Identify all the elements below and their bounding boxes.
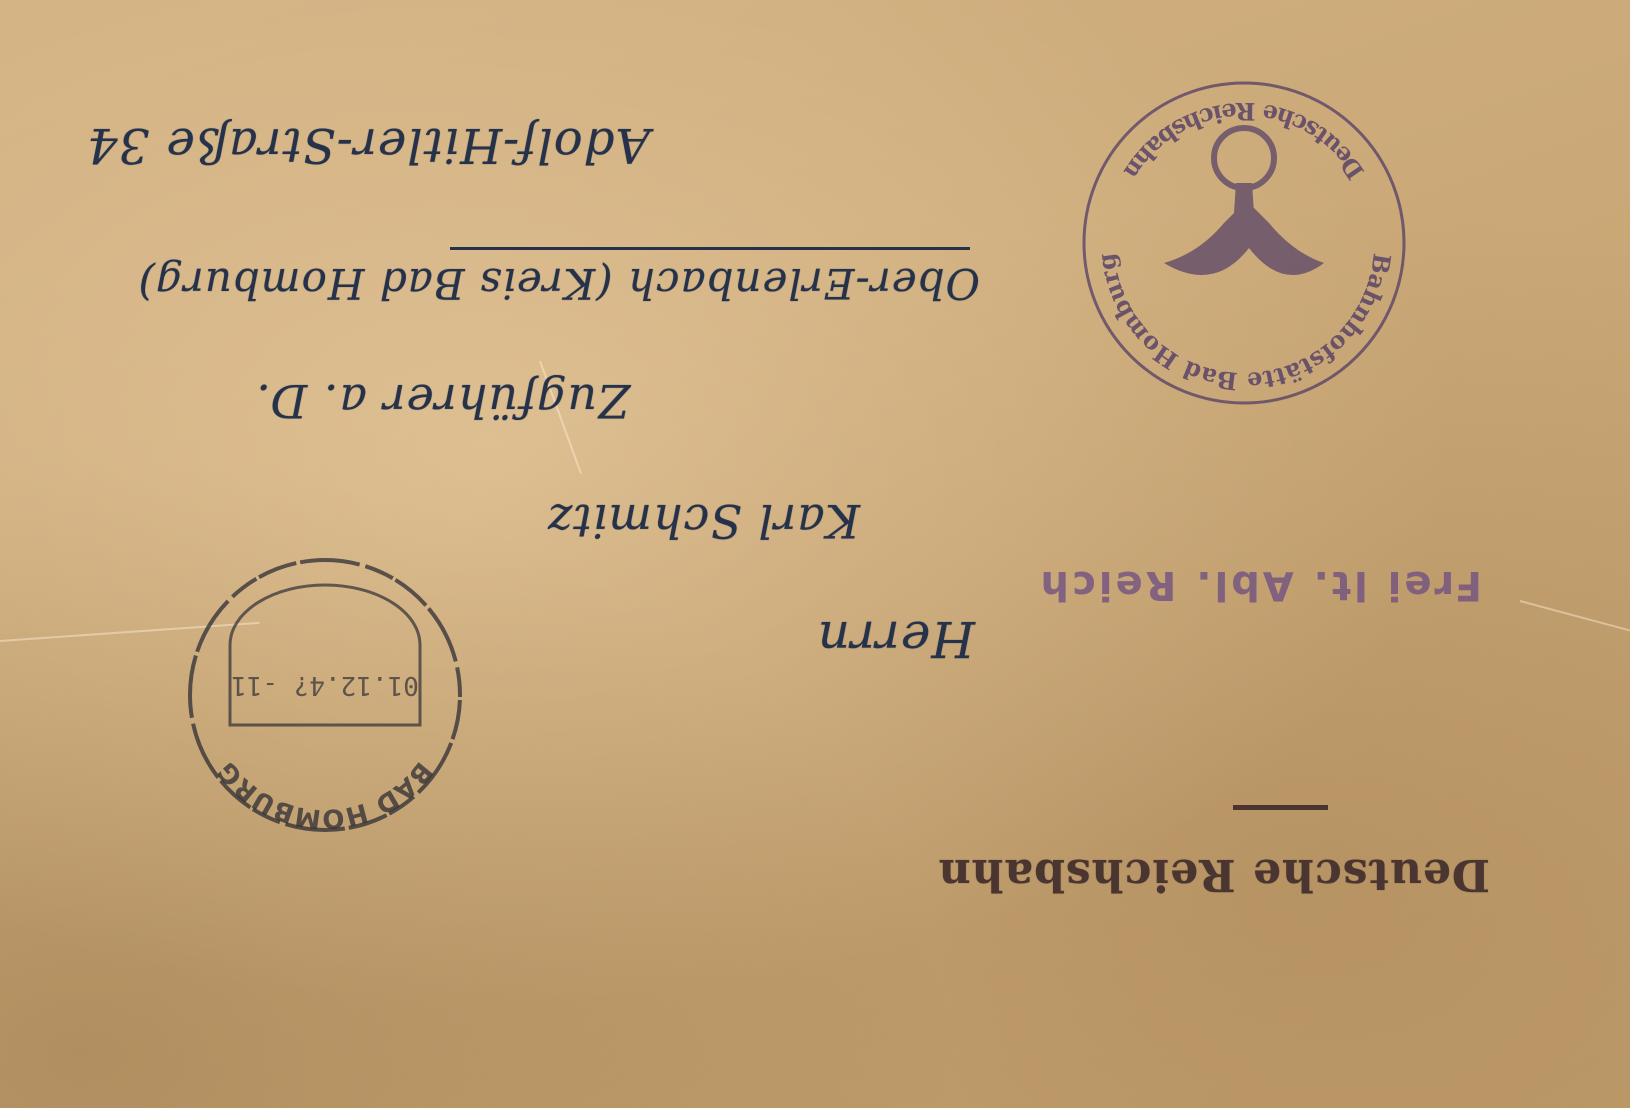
svg-text:01.12.4? -11: 01.12.4? -11 [231, 670, 419, 700]
address-town-struck: Ober-Erlenbach (Kreis Bad Homburg) [137, 259, 980, 308]
strikethrough-line [450, 247, 970, 250]
postmark: 01.12.4? -11 BAD HOMBURG [175, 545, 475, 845]
svg-text:BAD HOMBURG: BAD HOMBURG [212, 756, 438, 834]
address-title: Zugführer a. D. [255, 374, 630, 428]
address-name: Karl Schmitz [547, 494, 860, 548]
railway-office-stamp: Bahnhofstätte Bad Homburg Deutsche Reich… [1074, 73, 1414, 413]
address-salutation: Herrn [817, 610, 975, 668]
address-street: Adolf-Hitler-Straße 34 [86, 117, 650, 173]
eagle-emblem-icon [1164, 128, 1324, 275]
svg-text:Bahnhofstätte Bad Homburg: Bahnhofstätte Bad Homburg [1091, 251, 1397, 396]
upside-down-content: Deutsche Reichsbahn Frei lt. Abl. Reich … [0, 0, 1630, 1108]
envelope: Deutsche Reichsbahn Frei lt. Abl. Reich … [0, 0, 1630, 1108]
printed-sender-header: Deutsche Reichsbahn [938, 849, 1490, 900]
printed-rule [1233, 805, 1328, 810]
franking-stamp: Frei lt. Abl. Reich [1038, 562, 1482, 608]
